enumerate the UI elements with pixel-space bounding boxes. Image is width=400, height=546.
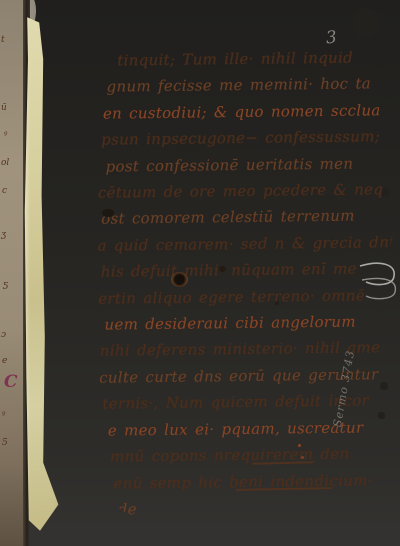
manuscript-text-line: de [118, 493, 377, 523]
manuscript-text-line: ost comorem celestiū terrenum [101, 203, 373, 233]
manuscript-text-line: nihi deferens ministerio· nihil ame [100, 335, 375, 365]
edge-damage [384, 92, 392, 99]
edge-damage [382, 188, 389, 197]
manuscript-text: tinquit; Tum ille· nihil inquidgnum feci… [103, 44, 377, 523]
red-ink-dot [298, 444, 301, 447]
facing-page-text-fragment: ꝰ [3, 131, 6, 140]
red-ink-dot [301, 456, 304, 459]
facing-page-text-fragment: e [2, 357, 7, 366]
wormhole [171, 272, 188, 287]
manuscript-text-line: culte curte dns eorū que geruntur [99, 361, 375, 391]
manuscript-text-line: enū semp hic beni indendicium· [113, 467, 376, 497]
facing-page-text-fragment: 5 [2, 439, 8, 448]
facing-page-text-fragment: ɔ [1, 331, 6, 340]
manuscript-text-line: uem desideraui cibi angelorum [104, 308, 374, 338]
manuscript-text-line: cētuum de ore meo pcedere & neq; [98, 176, 373, 206]
ink-stain [275, 301, 279, 305]
edge-damage [378, 412, 385, 419]
facing-page-text-fragment: ꝰ [1, 411, 4, 420]
metal-clip-icon [358, 256, 400, 308]
ink-stain [219, 266, 226, 272]
facing-page-text-fragment: C [4, 378, 18, 387]
manuscript-text-line: ertin aliquo egere terreno· omnē [98, 282, 374, 312]
facing-page-edge: tūꝰolcʒƽɔeCꝰ5 [0, 0, 24, 546]
manuscript-text-line: post confessionē ueritatis men [105, 150, 372, 180]
manuscript-page: tinquit; Tum ille· nihil inquidgnum feci… [30, 14, 398, 530]
facing-page-text-fragment: t [1, 36, 5, 45]
ink-stain [102, 209, 114, 217]
manuscript-text-line: gnum fecisse me memini· hoc ta [106, 71, 371, 101]
manuscript-text-line: mnū copons nrequirerem den [110, 440, 376, 470]
edge-damage [380, 382, 388, 390]
manuscript-text-line: a quid cemarem· sed n & grecia dni [97, 229, 373, 259]
manuscript-text-line: psun inpsecugone− confessussum; [101, 124, 372, 154]
facing-page-text-fragment: ƽ [3, 281, 8, 290]
facing-page-text-fragment: c [2, 187, 7, 196]
folio-number: 3 [325, 27, 338, 48]
manuscript-text-line: his defuit mihi· nūquam enī me [101, 256, 374, 286]
manuscript-text-line: tinquit; Tum ille· nihil inquid [117, 44, 371, 74]
facing-page-text-fragment: ū [1, 104, 7, 113]
facing-page-text-fragment: ʒ [1, 231, 6, 240]
manuscript-text-line: en custodiui; & quo nomen scclua [103, 97, 372, 127]
manuscript-photo: tūꝰolcʒƽɔeCꝰ5 tinquit; Tum ille· nihil i… [0, 0, 400, 546]
facing-page-text-fragment: ol [1, 159, 9, 168]
parchment-notch [352, 8, 379, 38]
